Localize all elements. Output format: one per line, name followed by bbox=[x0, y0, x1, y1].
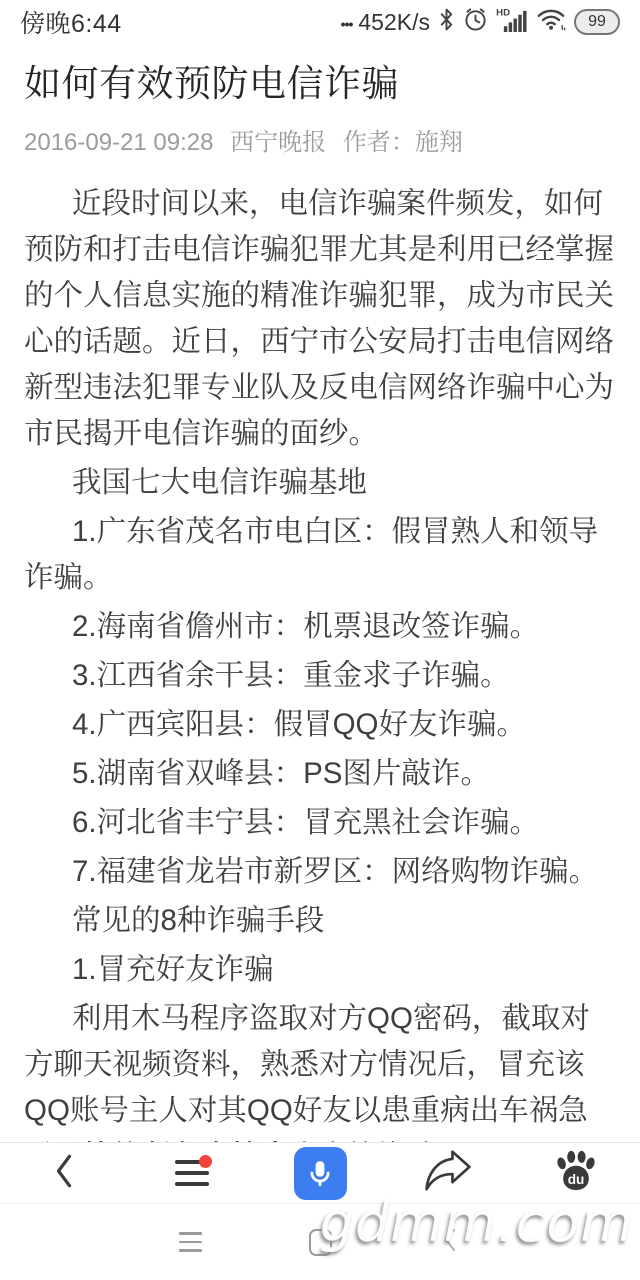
article-paragraph: 近段时间以来，电信诈骗案件频发，如何预防和打击电信诈骗犯罪尤其是利用已经掌握的个… bbox=[24, 181, 616, 457]
share-icon bbox=[423, 1149, 473, 1197]
article-paragraph: 4.广西宾阳县：假冒QQ好友诈骗。 bbox=[24, 702, 616, 748]
article-view: 如何有效预防电信诈骗 2016-09-21 09:28 西宁晚报 作者：施翔 近… bbox=[0, 44, 640, 1142]
network-speed: 452K/s bbox=[358, 9, 430, 36]
page-title: 如何有效预防电信诈骗 bbox=[24, 60, 616, 108]
article-author: 作者：施翔 bbox=[343, 129, 463, 156]
back-button[interactable] bbox=[0, 1143, 128, 1203]
article-paragraph: 利用木马程序盗取对方QQ密码，截取对方聊天视频资料，熟悉对方情况后，冒充该QQ账… bbox=[24, 996, 616, 1142]
hd-signal-icon: HD bbox=[496, 7, 529, 37]
article-date: 2016-09-21 09:28 bbox=[24, 129, 214, 156]
svg-text:du: du bbox=[568, 1172, 585, 1187]
battery-level: 99 bbox=[588, 13, 606, 31]
phone-screen: 傍晚6:44 ••• 452K/s HD bbox=[0, 0, 640, 1280]
article-paragraph: 我国七大电信诈骗基地 bbox=[24, 460, 616, 506]
status-icons: ••• 452K/s HD bbox=[341, 7, 620, 37]
recents-icon bbox=[179, 1232, 202, 1252]
status-bar: 傍晚6:44 ••• 452K/s HD bbox=[0, 0, 640, 44]
notification-dot bbox=[199, 1155, 212, 1168]
battery-icon: 99 bbox=[574, 9, 620, 35]
svg-text:HD: HD bbox=[496, 8, 510, 19]
alarm-clock-icon bbox=[463, 7, 488, 37]
article-body: 近段时间以来，电信诈骗案件频发，如何预防和打击电信诈骗犯罪尤其是利用已经掌握的个… bbox=[24, 181, 616, 1142]
watermark: gdmm.com bbox=[320, 1191, 634, 1254]
article-paragraph: 5.湖南省双峰县：PS图片敲诈。 bbox=[24, 751, 616, 797]
recents-button[interactable] bbox=[170, 1222, 210, 1262]
wifi-icon bbox=[537, 8, 566, 37]
article-paragraph: 7.福建省龙岩市新罗区：网络购物诈骗。 bbox=[24, 849, 616, 895]
article-meta: 2016-09-21 09:28 西宁晚报 作者：施翔 bbox=[24, 122, 616, 157]
data-activity-icon: ••• bbox=[341, 16, 353, 32]
article-paragraph: 2.海南省儋州市：机票退改签诈骗。 bbox=[24, 604, 616, 650]
bluetooth-icon bbox=[438, 7, 455, 37]
article-paragraph: 3.江西省余干县：重金求子诈骗。 bbox=[24, 653, 616, 699]
menu-icon bbox=[175, 1160, 209, 1186]
article-paragraph: 1.冒充好友诈骗 bbox=[24, 947, 616, 993]
status-time: 傍晚6:44 bbox=[20, 4, 122, 40]
back-icon bbox=[53, 1152, 75, 1195]
article-paragraph: 6.河北省丰宁县：冒充黑社会诈骗。 bbox=[24, 800, 616, 846]
article-paragraph: 常见的8种诈骗手段 bbox=[24, 898, 616, 944]
menu-button[interactable] bbox=[128, 1143, 256, 1203]
article-paragraph: 1.广东省茂名市电白区：假冒熟人和领导诈骗。 bbox=[24, 509, 616, 601]
article-source: 西宁晚报 bbox=[230, 129, 326, 156]
